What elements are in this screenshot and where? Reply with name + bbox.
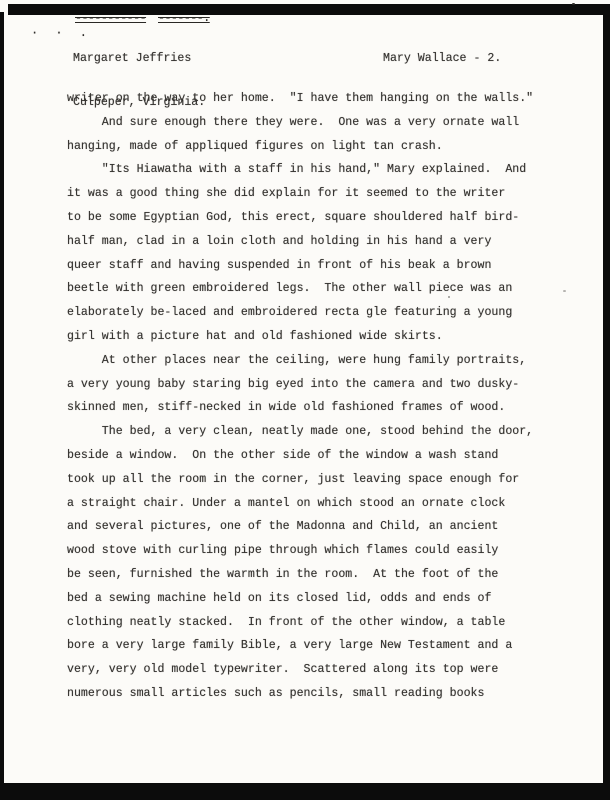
typewritten-line: skinned men, stiff-necked in wide old fa… <box>67 396 567 420</box>
typewritten-line: The bed, a very clean, neatly made one, … <box>67 420 567 444</box>
typewritten-line: bore a very large family Bible, a very l… <box>67 634 567 658</box>
typewritten-line: took up all the room in the corner, just… <box>67 468 567 492</box>
typewritten-line: and several pictures, one of the Madonna… <box>67 515 567 539</box>
scan-border-left <box>0 12 4 800</box>
typewritten-line: queer staff and having suspended in fron… <box>67 254 567 278</box>
typewritten-line: beside a window. On the other side of th… <box>67 444 567 468</box>
typewritten-line: it was a good thing she did explain for … <box>67 182 567 206</box>
scanned-document-page: ----------- -------. · · . Margaret Jeff… <box>0 0 610 800</box>
typewritten-line: numerous small articles such as pencils,… <box>67 682 567 706</box>
typewritten-line: wood stove with curling pipe through whi… <box>67 539 567 563</box>
typewritten-line: very, very old model typewriter. Scatter… <box>67 658 567 682</box>
typewritten-line: elaborately be-laced and embroidered rec… <box>67 301 567 325</box>
typewritten-line: be seen, furnished the warmth in the roo… <box>67 563 567 587</box>
typewritten-line: writer on the way to her home. "I have t… <box>67 87 567 111</box>
typewritten-body: writer on the way to her home. "I have t… <box>67 87 567 706</box>
typewritten-line: beetle with green embroidered legs. The … <box>67 277 567 301</box>
typewritten-line: a very young baby staring big eyed into … <box>67 373 567 397</box>
typewritten-line: clothing neatly stacked. In front of the… <box>67 611 567 635</box>
typewritten-line: a straight chair. Under a mantel on whic… <box>67 492 567 516</box>
author-name: Margaret Jeffries <box>73 52 205 67</box>
typewritten-line: half man, clad in a loin cloth and holdi… <box>67 230 567 254</box>
typewritten-line: "Its Hiawatha with a staff in his hand,"… <box>67 158 567 182</box>
page-label: Mary Wallace - 2. <box>383 52 501 67</box>
typewritten-line: bed a sewing machine held on its closed … <box>67 587 567 611</box>
typewritten-line: At other places near the ceiling, were h… <box>67 349 567 373</box>
scan-border-top <box>8 4 610 15</box>
typewritten-line: to be some Egyptian God, this erect, squ… <box>67 206 567 230</box>
scan-speck <box>572 3 575 5</box>
typewritten-line: hanging, made of appliqued figures on li… <box>67 135 567 159</box>
typewritten-line: girl with a picture hat and old fashione… <box>67 325 567 349</box>
scan-border-bottom <box>0 783 610 800</box>
typewritten-line: And sure enough there they were. One was… <box>67 111 567 135</box>
scan-border-right <box>603 4 610 800</box>
document-header-right: Mary Wallace - 2. <box>383 23 501 96</box>
